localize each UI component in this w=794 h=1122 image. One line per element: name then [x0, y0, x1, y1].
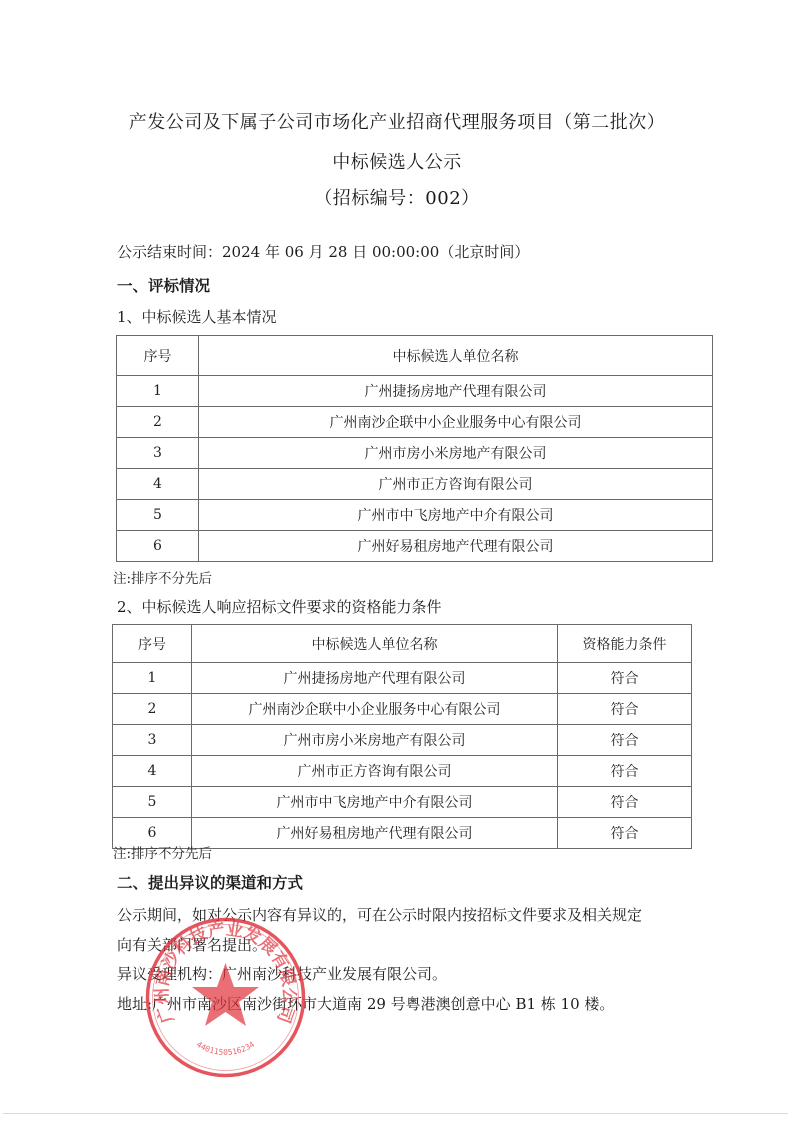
row-no: 4 — [117, 469, 199, 500]
table-row: 2广州南沙企联中小企业服务中心有限公司符合 — [113, 694, 692, 725]
row-no: 5 — [113, 787, 192, 818]
row-no: 4 — [113, 756, 192, 787]
table-row: 4广州市正方咨询有限公司 — [117, 469, 713, 500]
column-header-name: 中标候选人单位名称 — [192, 625, 558, 663]
row-qualification-status: 符合 — [558, 818, 692, 849]
row-company-name: 广州市房小米房地产有限公司 — [199, 438, 713, 469]
subsection2-heading: 2、中标候选人响应招标文件要求的资格能力条件 — [117, 596, 442, 617]
table-row: 1广州捷扬房地产代理有限公司 — [117, 376, 713, 407]
candidate-basic-table: 序号 中标候选人单位名称 1广州捷扬房地产代理有限公司 2广州南沙企联中小企业服… — [116, 335, 713, 562]
row-no: 3 — [113, 725, 192, 756]
table-row: 5广州市中飞房地产中介有限公司 — [117, 500, 713, 531]
candidate-qualification-table: 序号 中标候选人单位名称 资格能力条件 1广州捷扬房地产代理有限公司符合 2广州… — [112, 624, 692, 849]
section2-heading: 二、提出异议的渠道和方式 — [117, 871, 303, 893]
table-row: 4广州市正方咨询有限公司符合 — [113, 756, 692, 787]
row-company-name: 广州捷扬房地产代理有限公司 — [192, 663, 558, 694]
row-company-name: 广州好易租房地产代理有限公司 — [199, 531, 713, 562]
table-row: 6广州好易租房地产代理有限公司 — [117, 531, 713, 562]
table-row: 3广州市房小米房地产有限公司 — [117, 438, 713, 469]
column-header-no: 序号 — [113, 625, 192, 663]
row-company-name: 广州市房小米房地产有限公司 — [192, 725, 558, 756]
row-no: 2 — [113, 694, 192, 725]
column-header-no: 序号 — [117, 336, 199, 376]
row-company-name: 广州南沙企联中小企业服务中心有限公司 — [192, 694, 558, 725]
objection-paragraph-line2: 向有关部门署名提出。 — [117, 934, 267, 955]
row-qualification-status: 符合 — [558, 725, 692, 756]
column-header-qualification: 资格能力条件 — [558, 625, 692, 663]
row-no: 5 — [117, 500, 199, 531]
row-no: 2 — [117, 407, 199, 438]
section1-heading: 一、评标情况 — [117, 274, 210, 296]
table2-note: 注:排序不分先后 — [113, 842, 212, 862]
row-qualification-status: 符合 — [558, 756, 692, 787]
svg-text:4401150516234: 4401150516234 — [195, 1040, 257, 1057]
row-company-name: 广州好易租房地产代理有限公司 — [192, 818, 558, 849]
notice-end-time: 公示结束时间：2024 年 06 月 28 日 00:00:00（北京时间） — [117, 241, 529, 262]
table-row: 3广州市房小米房地产有限公司符合 — [113, 725, 692, 756]
table-header-row: 序号 中标候选人单位名称 — [117, 336, 713, 376]
row-company-name: 广州南沙企联中小企业服务中心有限公司 — [199, 407, 713, 438]
row-company-name: 广州市正方咨询有限公司 — [199, 469, 713, 500]
row-no: 6 — [117, 531, 199, 562]
row-no: 1 — [113, 663, 192, 694]
row-company-name: 广州市中飞房地产中介有限公司 — [199, 500, 713, 531]
table1-note: 注:排序不分先后 — [113, 567, 212, 587]
tender-number: （招标编号：002） — [0, 184, 794, 210]
table-header-row: 序号 中标候选人单位名称 资格能力条件 — [113, 625, 692, 663]
subsection1-heading: 1、中标候选人基本情况 — [117, 306, 277, 327]
objection-address: 地址:广州市南沙区南沙街环市大道南 29 号粤港澳创意中心 B1 栋 10 楼。 — [117, 993, 614, 1014]
table-row: 2广州南沙企联中小企业服务中心有限公司 — [117, 407, 713, 438]
objection-agency: 异议受理机构：广州南沙科技产业发展有限公司。 — [117, 963, 447, 984]
row-qualification-status: 符合 — [558, 694, 692, 725]
row-qualification-status: 符合 — [558, 663, 692, 694]
document-title-line1: 产发公司及下属子公司市场化产业招商代理服务项目（第二批次） — [0, 108, 794, 134]
row-company-name: 广州捷扬房地产代理有限公司 — [199, 376, 713, 407]
row-company-name: 广州市中飞房地产中介有限公司 — [192, 787, 558, 818]
row-qualification-status: 符合 — [558, 787, 692, 818]
row-company-name: 广州市正方咨询有限公司 — [192, 756, 558, 787]
objection-paragraph-line1: 公示期间，如对公示内容有异议的，可在公示时限内按招标文件要求及相关规定 — [117, 904, 642, 925]
row-no: 1 — [117, 376, 199, 407]
table-row: 1广州捷扬房地产代理有限公司符合 — [113, 663, 692, 694]
row-no: 3 — [117, 438, 199, 469]
column-header-name: 中标候选人单位名称 — [199, 336, 713, 376]
page-bottom-divider — [3, 1113, 788, 1114]
document-title-line2: 中标候选人公示 — [0, 148, 794, 174]
table-row: 5广州市中飞房地产中介有限公司符合 — [113, 787, 692, 818]
